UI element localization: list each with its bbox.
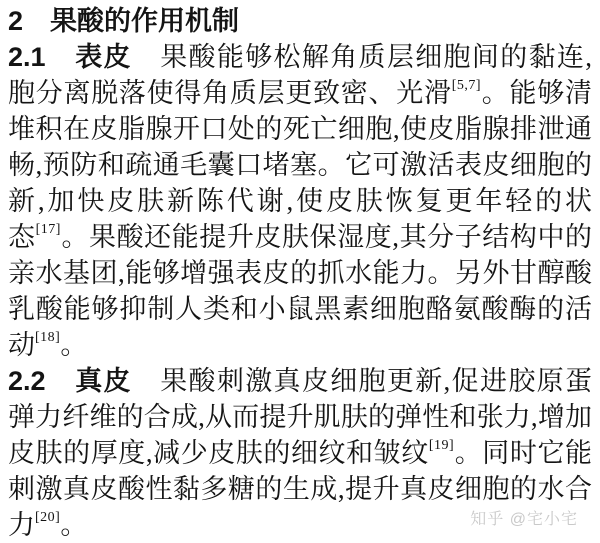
- text-run: 。果酸还能提升皮肤保湿度,其分子结构中的: [61, 222, 592, 252]
- document-lines: 2 果酸的作用机制2.1 表皮 果酸能够松解角质层细胞间的黏连,细胞分离脱落使得…: [0, 0, 600, 543]
- text-line: 弹力纤维的合成,从而提升肌肤的弹性和张力,增加: [8, 399, 592, 435]
- text-line: 堆积在皮脂腺开口处的死亡细胞,使皮脂腺排泄通: [8, 111, 592, 147]
- text-run: 动: [8, 330, 35, 360]
- text-run: 力: [8, 510, 35, 540]
- text-run: 堆积在皮脂腺开口处的死亡细胞,使皮脂腺排泄通: [8, 114, 592, 144]
- text-run: 。: [60, 510, 87, 540]
- subsection-2-1-first-line: 2.1 表皮 果酸能够松解角质层细胞间的黏连,细: [8, 39, 592, 75]
- text-line: 亲水基团,能够增强表皮的抓水能力。另外甘醇酸和: [8, 255, 592, 291]
- text-run: 态: [8, 222, 36, 252]
- text-run: 新,加快皮肤新陈代谢,使皮肤恢复更年轻的状: [8, 186, 592, 216]
- section-label: 2.2 真皮: [8, 366, 132, 396]
- text-run: 胞分离脱落使得角质层更致密、光滑: [8, 78, 452, 108]
- text-line: 畅,预防和疏通毛囊口堵塞。它可激活表皮细胞的更: [8, 147, 592, 183]
- text-line: 胞分离脱落使得角质层更致密、光滑[5,7]。能够清除: [8, 75, 592, 111]
- reference-marker: [18]: [35, 330, 60, 345]
- text-run: 皮肤的厚度,减少皮肤的细纹和皱纹: [8, 438, 429, 468]
- section-label: 2.1 表皮: [8, 42, 132, 72]
- text-run: 刺激真皮酸性黏多糖的生成,提升真皮细胞的水合能: [8, 474, 592, 507]
- text-line: 刺激真皮酸性黏多糖的生成,提升真皮细胞的水合能: [8, 471, 592, 507]
- text-line: 态[17]。果酸还能提升皮肤保湿度,其分子结构中的: [8, 219, 592, 255]
- text-line: 新,加快皮肤新陈代谢,使皮肤恢复更年轻的状: [8, 183, 592, 219]
- zhihu-watermark: 知乎 @宅小宅: [470, 506, 578, 529]
- paragraph-end-line: 动[18]。: [8, 327, 592, 363]
- reference-marker: [5,7]: [452, 78, 481, 93]
- text-line: 皮肤的厚度,减少皮肤的细纹和皱纹[19]。同时它能: [8, 435, 592, 471]
- reference-marker: [20]: [35, 510, 60, 525]
- document-page: 2 果酸的作用机制2.1 表皮 果酸能够松解角质层细胞间的黏连,细胞分离脱落使得…: [0, 0, 600, 543]
- text-run: 。: [60, 330, 87, 360]
- subsection-2-2-first-line: 2.2 真皮 果酸刺激真皮细胞更新,促进胶原蛋白、: [8, 363, 592, 399]
- reference-marker: [17]: [36, 222, 61, 237]
- text-run: 弹力纤维的合成,从而提升肌肤的弹性和张力,增加: [8, 402, 592, 432]
- section-heading: 2 果酸的作用机制: [8, 3, 592, 39]
- section-label: 2 果酸的作用机制: [8, 6, 239, 36]
- text-line: 乳酸能够抑制人类和小鼠黑素细胞酪氨酸酶的活: [8, 291, 592, 327]
- text-run: 亲水基团,能够增强表皮的抓水能力。另外甘醇酸和: [8, 258, 592, 291]
- text-run: 。同时它能: [454, 438, 592, 468]
- reference-marker: [19]: [429, 438, 454, 453]
- text-run: 乳酸能够抑制人类和小鼠黑素细胞酪氨酸酶的活: [8, 294, 592, 324]
- text-run: 畅,预防和疏通毛囊口堵塞。它可激活表皮细胞的更: [8, 150, 592, 183]
